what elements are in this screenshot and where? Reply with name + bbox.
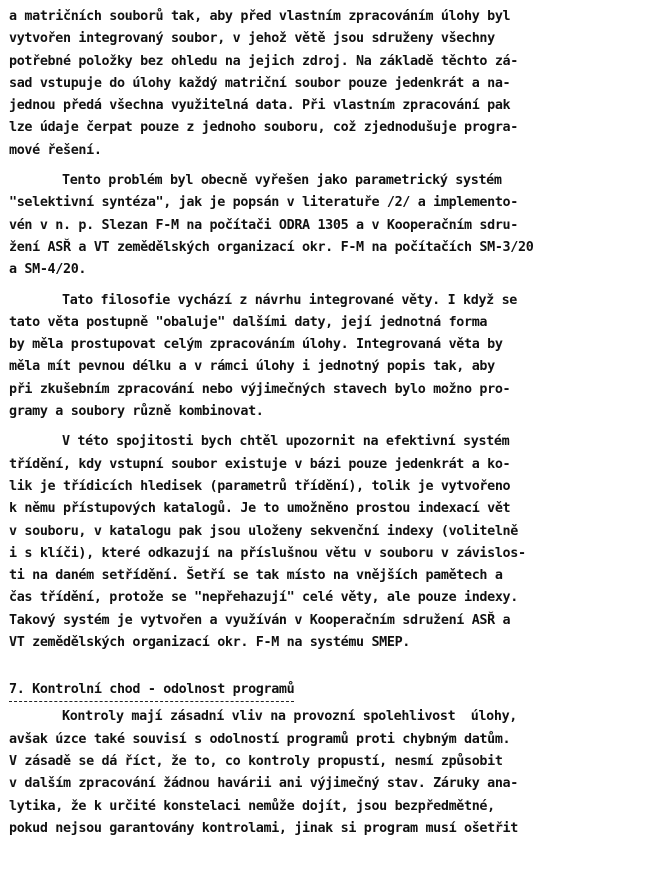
text-line: čas třídění, protože se "nepřehazují" ce…: [9, 587, 654, 609]
text-line: při zkušebním zpracování nebo výjimečnýc…: [9, 379, 654, 401]
text-line: lze údaje čerpat pouze z jednoho souboru…: [9, 117, 654, 139]
text-line: ti na daném setřídění. Šetří se tak míst…: [9, 565, 654, 587]
text-line: tato věta postupně "obaluje" dalšími dat…: [9, 312, 654, 334]
text-line: Takový systém je vytvořen a využíván v K…: [9, 610, 654, 632]
text-line: žení ASŘ a VT zemědělských organizací ok…: [9, 237, 654, 259]
paragraph: Kontroly mají zásadní vliv na provozní s…: [9, 706, 654, 840]
text-line: avšak úzce také souvisí s odolností prog…: [9, 729, 654, 751]
paragraph: V této spojitosti bych chtěl upozornit n…: [9, 431, 654, 654]
text-line: V zásadě se dá říct, že to, co kontroly …: [9, 751, 654, 773]
section-heading-block: 7. Kontrolní chod - odolnost programů: [9, 678, 654, 702]
text-line: Tento problém byl obecně vyřešen jako pa…: [9, 170, 654, 192]
text-line: pokud nejsou garantovány kontrolami, jin…: [9, 818, 654, 840]
text-line: k němu přístupových katalogů. Je to umož…: [9, 498, 654, 520]
text-line: měla mít pevnou délku a v rámci úlohy i …: [9, 356, 654, 378]
text-line: "selektivní syntéza", jak je popsán v li…: [9, 192, 654, 214]
text-line: V této spojitosti bych chtěl upozornit n…: [9, 431, 654, 453]
text-line: a SM-4/20.: [9, 259, 654, 281]
text-line: jednou předá všechna využitelná data. Př…: [9, 95, 654, 117]
text-line: potřebné položky bez ohledu na jejich zd…: [9, 51, 654, 73]
paragraph: Tento problém byl obecně vyřešen jako pa…: [9, 170, 654, 281]
text-line: vytvořen integrovaný soubor, v jehož vět…: [9, 28, 654, 50]
text-line: gramy a soubory různě kombinovat.: [9, 401, 654, 423]
text-line: třídění, kdy vstupní soubor existuje v b…: [9, 454, 654, 476]
document-page: a matričních souborů tak, aby před vlast…: [9, 6, 654, 848]
paragraph: Tato filosofie vychází z návrhu integrov…: [9, 290, 654, 424]
text-line: Tato filosofie vychází z návrhu integrov…: [9, 290, 654, 312]
text-line: by měla prostupovat celým zpracováním úl…: [9, 334, 654, 356]
text-line: sad vstupuje do úlohy každý matriční sou…: [9, 73, 654, 95]
text-line: i s klíči), které odkazují na příslušnou…: [9, 543, 654, 565]
text-line: Kontroly mají zásadní vliv na provozní s…: [9, 706, 654, 728]
section-body-text: Kontroly mají zásadní vliv na provozní s…: [9, 706, 654, 840]
paragraph: a matričních souborů tak, aby před vlast…: [9, 6, 654, 162]
text-line: v dalším zpracování žádnou havárii ani v…: [9, 773, 654, 795]
text-line: v souboru, v katalogu pak jsou uloženy s…: [9, 521, 654, 543]
text-line: a matričních souborů tak, aby před vlast…: [9, 6, 654, 28]
text-line: vén v n. p. Slezan F-M na počítači ODRA …: [9, 215, 654, 237]
text-line: VT zemědělských organizací okr. F-M na s…: [9, 632, 654, 654]
body-text: a matričních souborů tak, aby před vlast…: [9, 6, 654, 654]
text-line: lytika, že k určité konstelaci nemůže do…: [9, 796, 654, 818]
text-line: lik je třídicích hledisek (parametrů tří…: [9, 476, 654, 498]
text-line: mové řešení.: [9, 140, 654, 162]
section-heading: 7. Kontrolní chod - odolnost programů: [9, 679, 294, 702]
